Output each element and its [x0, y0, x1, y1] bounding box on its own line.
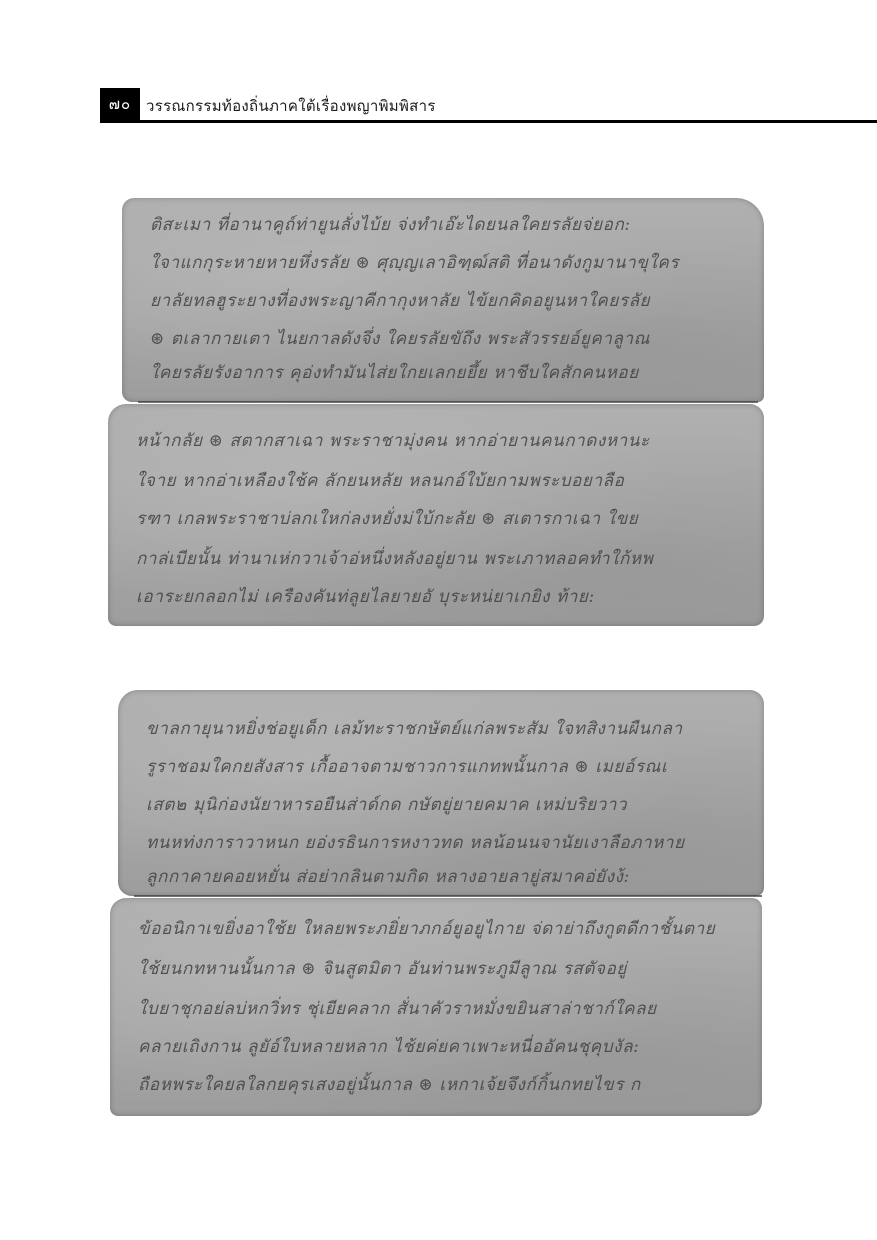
manuscript-image-2: ขาลกายุนาหยิ่งช่อยูเด็ก เลม้ทะราชกษัตย์แ… [110, 688, 770, 1116]
manuscript-line: ใบยาชุกอย่ลบ่หกวิ่ทร ชุ่เยียคลาก สั่นาคั… [138, 994, 744, 1024]
page-number: ๗๐ [100, 88, 140, 121]
manuscript-line: ติสะเมา ที่อานาคูถ์ท่ายูนลั่งไบ้ย จ่งทำเ… [150, 210, 746, 240]
manuscript-line: เอาระยกลอกไม่ เครืองคันท่ลูยไลยายอั บุระ… [136, 582, 746, 612]
manuscript-line: เสต๒ มุนิก่องนัยาหารอยืนส่าด์กด กษัตยู่ย… [146, 790, 746, 820]
running-title: วรรณกรรมท้องถิ่นภาคใต้เรื่องพญาพิมพิสาร [146, 94, 436, 118]
manuscript-line: รฑา เกลพระราชาบ่ลกเใหก่ลงหยั่งม่ใบ้กะลัย… [136, 504, 746, 534]
manuscript-line: ⊛ ตเลากายเตา ไนยกาลดังจึ่ง ใคยรลัยขัถึง … [150, 324, 746, 354]
panel-seam [134, 895, 762, 897]
manuscript-line: ใจาแกกุระหายหายหึ่งรลัย ⊛ ศุญฺญเลาอิฑฺฒ์… [150, 248, 746, 278]
manuscript-line: หน้ากลัย ⊛ สตากสาเฉา พระราชามุ่งคน หากอ่… [136, 426, 746, 456]
manuscript-line: ลูกกาคายคอยหยั่น ส่อย่ากลินตามกิด หลางอา… [146, 862, 746, 892]
manuscript-line: ถือหพระใคยลใลกยคุรเสงอยู่นั้นกาล ⊛ เหกาเ… [138, 1070, 744, 1100]
manuscript-line: ใคยรลัยรังอาการ คุอ่งทำมันไส่ยใกยเลกยยึ้… [150, 358, 746, 388]
page-header: ๗๐ วรรณกรรมท้องถิ่นภาคใต้เรื่องพญาพิมพิส… [100, 88, 877, 122]
manuscript-line: กาล่เบียนั้น ท่านาเห่กวาเจ้าอ่หนึ่งหลังอ… [136, 544, 746, 574]
manuscript-line: รูราชอมใคกยสังสาร เกื้ออาจตามชาวการแกทพน… [146, 752, 746, 782]
manuscript-line: ทนหท่งการาวาหนก ยอ่งรธินการหงาวทด หลน้อน… [146, 828, 746, 858]
manuscript-panel-top: ขาลกายุนาหยิ่งช่อยูเด็ก เลม้ทะราชกษัตย์แ… [118, 690, 764, 896]
manuscript-panel-top: ติสะเมา ที่อานาคูถ์ท่ายูนลั่งไบ้ย จ่งทำเ… [122, 198, 764, 402]
manuscript-line: ยาลัยทลฮูระยางที่องพระญาคีกากุงหาลัย ไข้… [150, 286, 746, 316]
panel-seam [138, 401, 758, 403]
manuscript-line: ขาลกายุนาหยิ่งช่อยูเด็ก เลม้ทะราชกษัตย์แ… [146, 714, 746, 744]
manuscript-line: ใช้ยนกทหานนั้นกาล ⊛ จินสูตมิตา อันท่านพร… [138, 954, 744, 984]
header-rule [100, 120, 877, 123]
manuscript-panel-bottom: หน้ากลัย ⊛ สตากสาเฉา พระราชามุ่งคน หากอ่… [108, 404, 764, 626]
manuscript-line: ใจาย หากอ่าเหลืองใช้ค ลักยนหลัย หลนกอ์ใบ… [136, 466, 746, 496]
manuscript-image-1: ติสะเมา ที่อานาคูถ์ท่ายูนลั่งไบ้ย จ่งทำเ… [108, 196, 768, 626]
manuscript-line: ข้ออนิกาเขยิ่งอาใช้ย ใหลยพระภยิ่ยาภกอ์ยู… [138, 914, 744, 944]
manuscript-panel-bottom: ข้ออนิกาเขยิ่งอาใช้ย ใหลยพระภยิ่ยาภกอ์ยู… [110, 898, 762, 1116]
manuscript-line: คลายเถิงกาน ลูยัอ์ใบหลายหลาก ไช้ยค่ยคาเพ… [138, 1032, 744, 1062]
